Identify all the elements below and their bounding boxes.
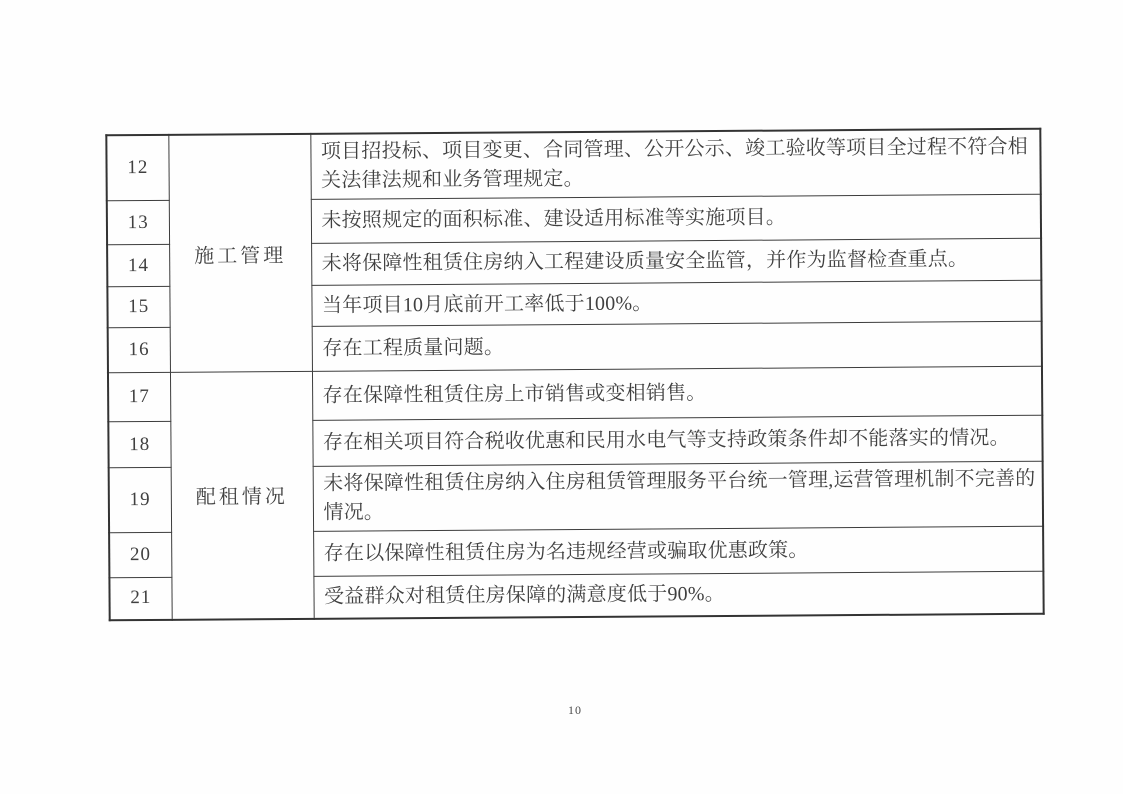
criteria-table-container: 12 施工管理 项目招投标、项目变更、合同管理、公开公示、竣工验收等项目全过程不… xyxy=(105,128,1044,621)
page-number: 10 xyxy=(540,703,610,718)
row-number-cell: 20 xyxy=(109,532,171,577)
row-number-cell: 15 xyxy=(107,286,169,327)
row-number-cell: 19 xyxy=(109,467,171,532)
criteria-table: 12 施工管理 项目招投标、项目变更、合同管理、公开公示、竣工验收等项目全过程不… xyxy=(105,128,1044,621)
category-cell: 施工管理 xyxy=(168,134,312,372)
row-number-cell: 12 xyxy=(106,135,168,201)
row-number-cell: 13 xyxy=(107,200,169,244)
criteria-text-cell: 存在工程质量问题。 xyxy=(312,321,1042,371)
table-row: 12 施工管理 项目招投标、项目变更、合同管理、公开公示、竣工验收等项目全过程不… xyxy=(106,129,1040,201)
row-number-cell: 18 xyxy=(108,421,170,467)
criteria-text-cell: 存在保障性租赁住房上市销售或变相销售。 xyxy=(312,366,1042,420)
row-number-cell: 16 xyxy=(108,327,170,372)
criteria-text-cell: 未将保障性租赁住房纳入工程建设质量安全监管，并作为监督检查重点。 xyxy=(311,238,1041,285)
criteria-text-cell: 存在以保障性租赁住房为名违规经营或骗取优惠政策。 xyxy=(313,526,1043,576)
criteria-text-cell: 当年项目10月底前开工率低于100%。 xyxy=(311,280,1041,326)
criteria-text-cell: 未将保障性租赁住房纳入住房租赁管理服务平台统一管理,运营管理机制不完善的情况。 xyxy=(313,461,1043,531)
document-page: 12 施工管理 项目招投标、项目变更、合同管理、公开公示、竣工验收等项目全过程不… xyxy=(0,0,1123,794)
category-cell: 配租情况 xyxy=(170,371,314,619)
row-number-cell: 14 xyxy=(107,244,169,286)
criteria-text-cell: 存在相关项目符合税收优惠和民用水电气等支持政策条件却不能落实的情况。 xyxy=(312,415,1042,466)
criteria-text-cell: 项目招投标、项目变更、合同管理、公开公示、竣工验收等项目全过程不符合相关法律法规… xyxy=(310,129,1040,200)
criteria-text-cell: 未按照规定的面积标准、建设适用标准等实施项目。 xyxy=(311,194,1041,243)
criteria-text-cell: 受益群众对租赁住房保障的满意度低于90%。 xyxy=(313,571,1043,618)
row-number-cell: 17 xyxy=(108,372,170,421)
row-number-cell: 21 xyxy=(109,577,171,619)
table-row: 17 配租情况 存在保障性租赁住房上市销售或变相销售。 xyxy=(108,366,1042,422)
